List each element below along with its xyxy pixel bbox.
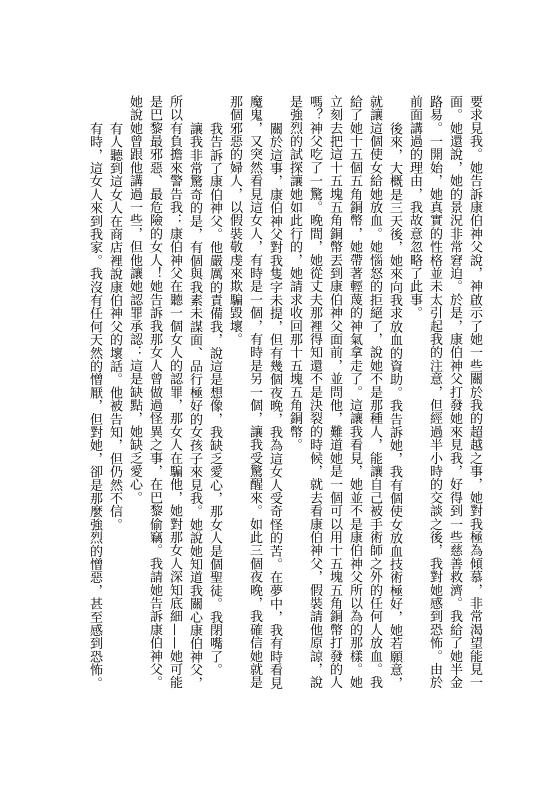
text-column-first: 後來，大概是三天後，她來向我求放血的資助。我告訴她，我有個使女放血技術極好，她若…: [384, 95, 404, 695]
text-column: 她說她曾跟他講過一些，但他讓她認罪承認：這是缺點，她缺乏愛心。: [124, 95, 144, 695]
text-column: 路易。一開始，她真實的性格並未太引起我的注意，但經過半小時的交談之後，我對她感到…: [424, 95, 444, 695]
text-column-first: 關於這事，康伯神父對我隻字未提，但有幾個夜晚，我為這女人受奇怪的苦。在夢中，我有…: [264, 95, 284, 695]
text-column: 要求見我。她告訴康伯神父說，神啟示了她一些關於我的超越之事，她對我極為傾慕，非常…: [464, 95, 484, 695]
text-column: 是巴黎最邪惡、最危險的女人！她告訴我那女人曾做過怪異之事，在巴黎偷竊。我請她告訴…: [144, 95, 164, 695]
text-column: 前面講過的理由，我故意忽略了此事。: [404, 95, 424, 695]
paragraph-6: 有人聽到這女人在商店裡說康伯神父的壞話。他被告知，但仍然不信。: [104, 95, 124, 695]
text-column-first: 有人聽到這女人在商店裡說康伯神父的壞話。他被告知，但仍然不信。: [104, 95, 124, 695]
text-column: 那個邪惡的婦人，以假裝敬虔來欺騙毀壞。: [224, 95, 244, 695]
text-column-first: 有時，這女人來到我家。我沒有任何天然的憎厭，但對她，卻是那麼強烈的憎惡，甚至感到…: [84, 95, 104, 695]
text-column-first: 我告訴了康伯神父。他嚴厲的責備我，說這是想像，我缺乏愛心，那女人是個聖徒。我閉嘴…: [204, 95, 224, 695]
text-column: 是強烈的試探讓她如此行的，她請求收回那十五塊五角銅幣。: [284, 95, 304, 695]
text-column-first: 讓我非常驚奇的是，有個與我素未謀面、品行極好的女孩子來見我。她說她知道我關心康伯…: [184, 95, 204, 695]
text-column: 立刻去把這十五塊五角銅幣丟到康伯神父面前，並問他，難道她是一個可以用十五塊五角銅…: [324, 95, 344, 695]
paragraph-4: 我告訴了康伯神父。他嚴厲的責備我，說這是想像，我缺乏愛心，那女人是個聖徒。我閉嘴…: [204, 95, 224, 695]
document-page: 要求見我。她告訴康伯神父說，神啟示了她一些關於我的超越之事，她對我極為傾慕，非常…: [0, 0, 559, 794]
paragraph-7: 有時，這女人來到我家。我沒有任何天然的憎厭，但對她，卻是那麼強烈的憎惡，甚至感到…: [84, 95, 104, 695]
vertical-text-block: 要求見我。她告訴康伯神父說，神啟示了她一些關於我的超越之事，她對我極為傾慕，非常…: [84, 95, 484, 695]
paragraph-5: 讓我非常驚奇的是，有個與我素未謀面、品行極好的女孩子來見我。她說她知道我關心康伯…: [124, 95, 204, 695]
text-column: 給了她十五個五角銅幣，她帶著輕蔑的神氣拿走了。這讓我看見，她並不是康伯神父所以為…: [344, 95, 364, 695]
paragraph-2: 後來，大概是三天後，她來向我求放血的資助。我告訴她，我有個使女放血技術極好，她若…: [284, 95, 404, 695]
text-column: 所以有負擔來警告我：康伯神父在聽一個女人的認罪，那女人在騙他，她對那女人深知底細…: [164, 95, 184, 695]
text-column: 面。她還說，她的景況非常窘迫。於是，康伯神父打發她來見我，好得到一些慈善救濟。我…: [444, 95, 464, 695]
paragraph-1: 要求見我。她告訴康伯神父說，神啟示了她一些關於我的超越之事，她對我極為傾慕，非常…: [404, 95, 484, 695]
paragraph-3: 關於這事，康伯神父對我隻字未提，但有幾個夜晚，我為這女人受奇怪的苦。在夢中，我有…: [224, 95, 284, 695]
text-column: 就讓這個使女給她放血。她惱怒的拒絕了，說她不是那種人，能讓自己被手術師之外的任何…: [364, 95, 384, 695]
text-column: 魔鬼，又突然看見這女人，有時是一個，有時是另一個，讓我受驚醒來。如此三個夜晚，我…: [244, 95, 264, 695]
text-column: 嗎？神父吃了一驚。晚間，她從丈夫那裡得知還不是決裂的時候，就去看康伯神父，假裝請…: [304, 95, 324, 695]
